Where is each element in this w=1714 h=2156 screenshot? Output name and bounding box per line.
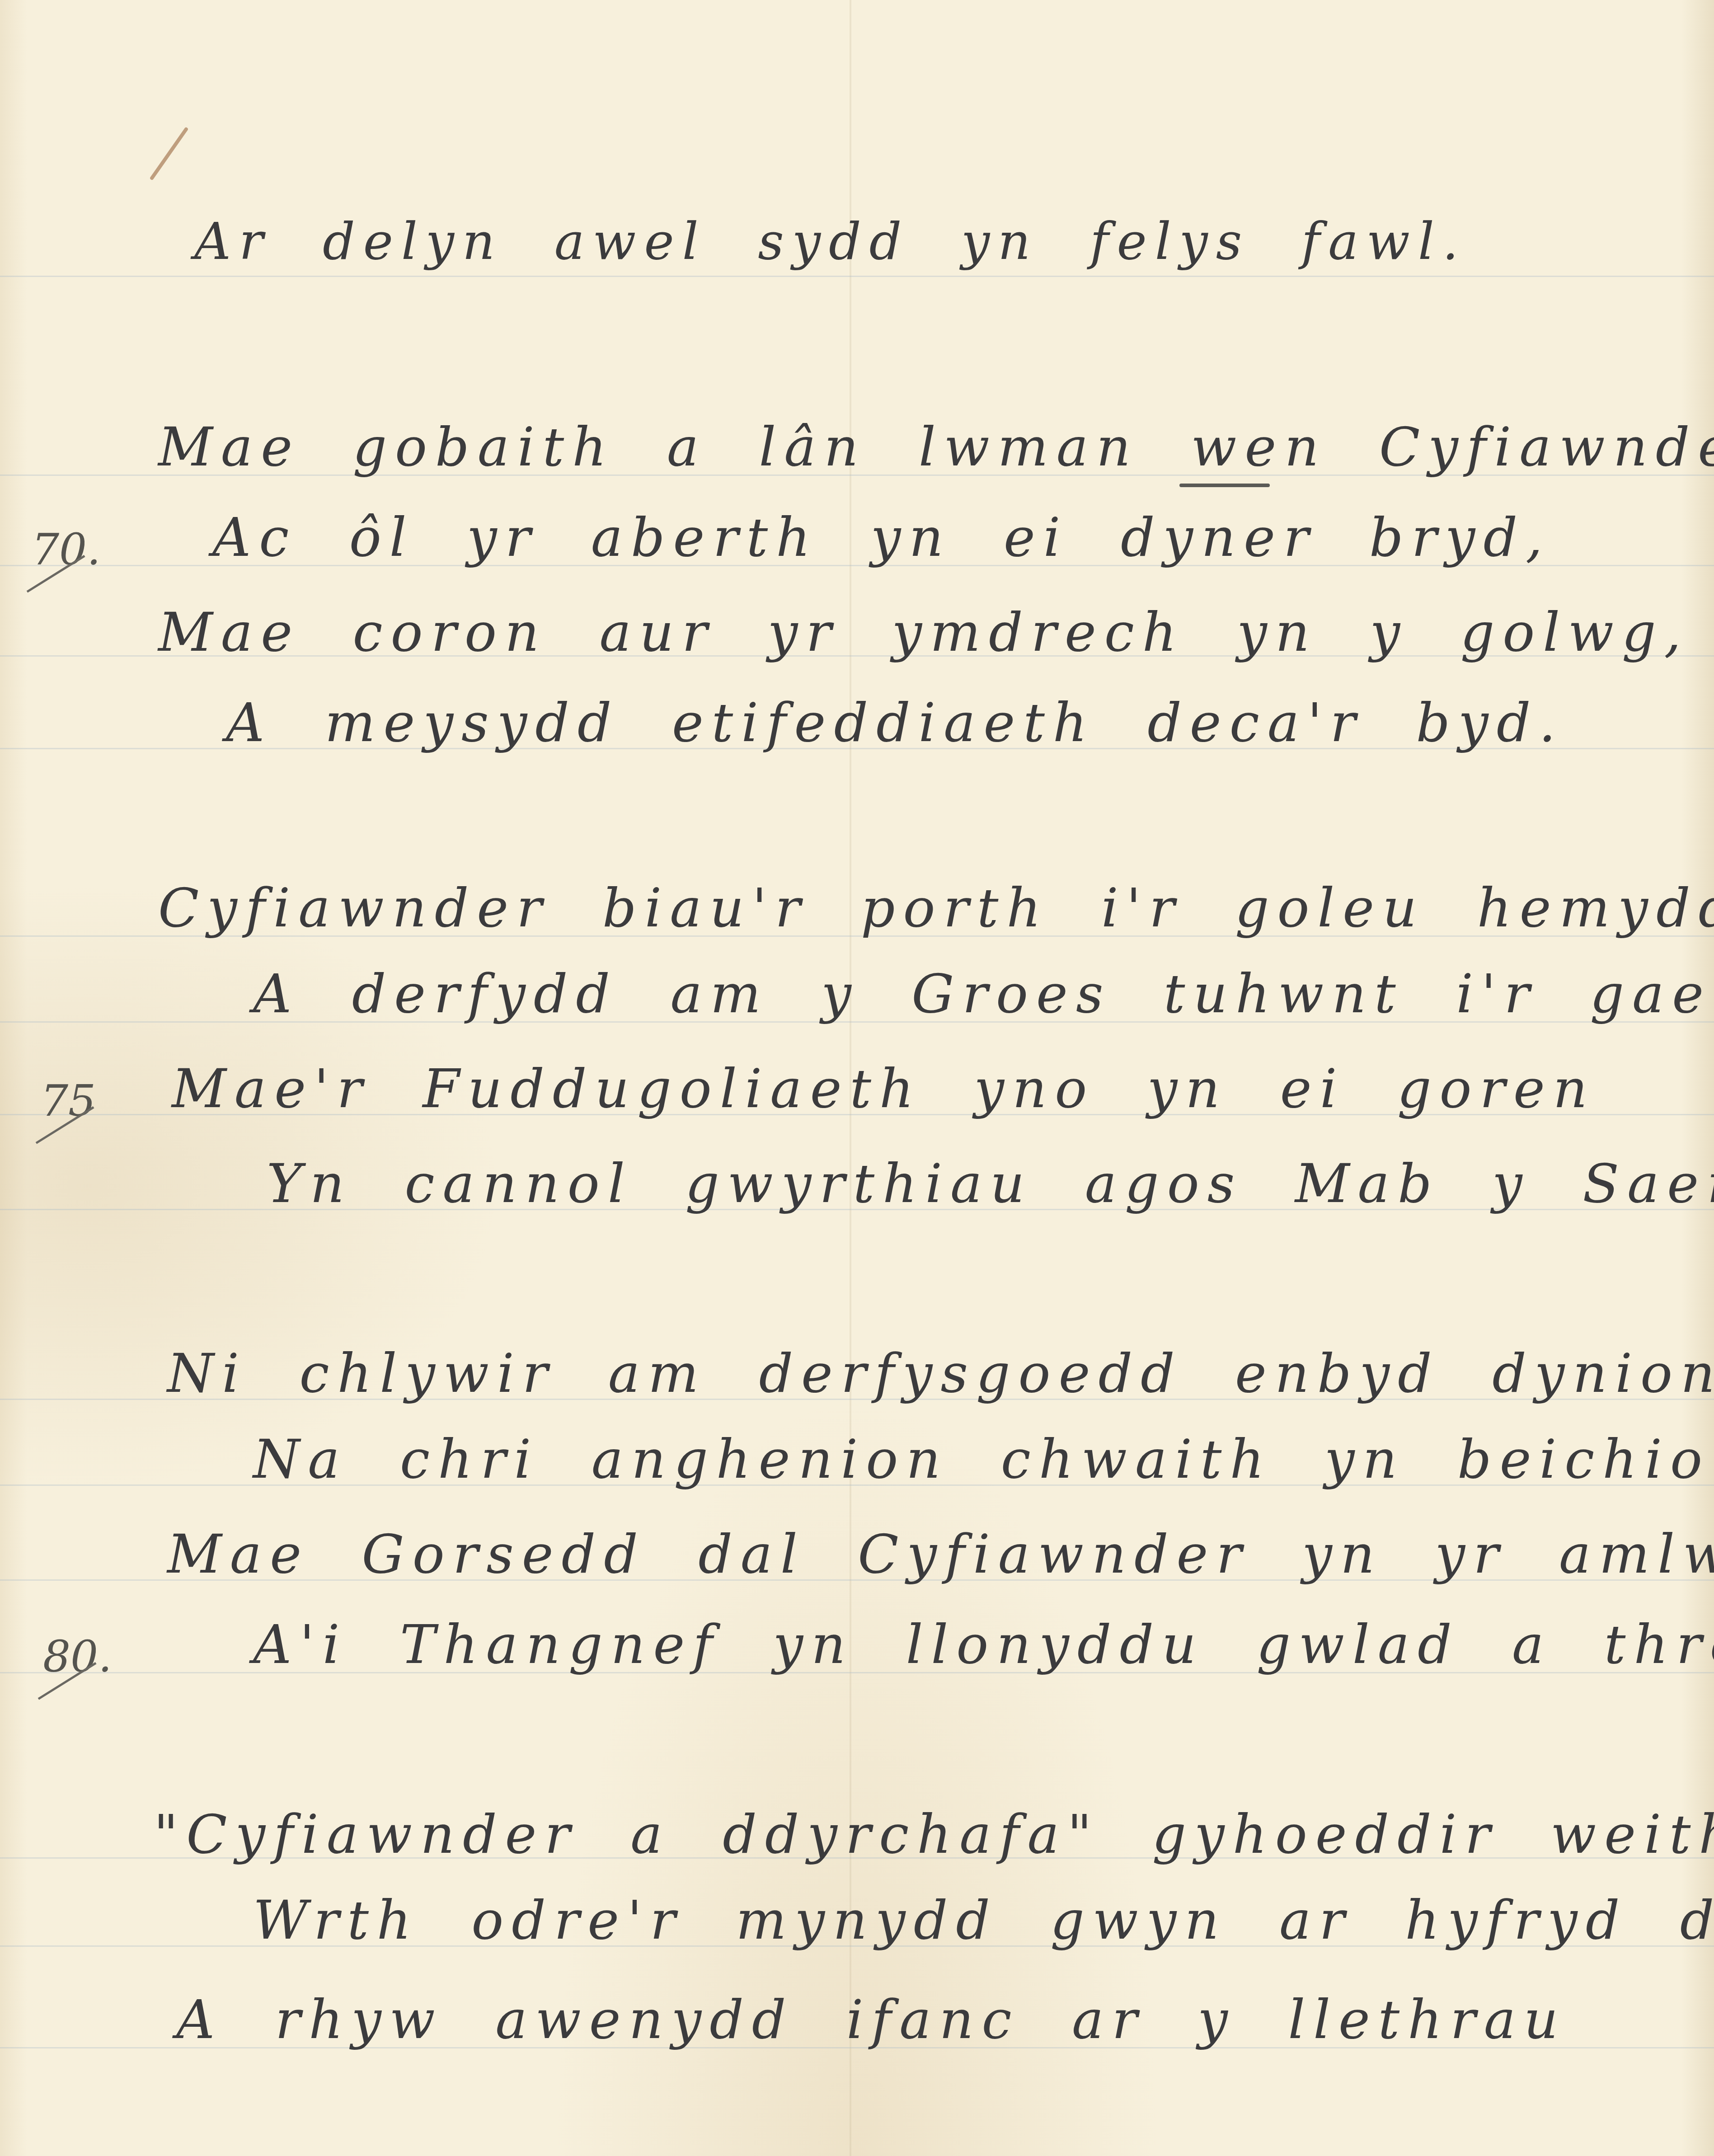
verse-line: Mae coron aur yr ymdrech yn y golwg,: [158, 601, 1689, 663]
line-number-75: 75: [41, 1076, 96, 1126]
verse-line: Na chri anghenion chwaith yn beichio'r n…: [253, 1428, 1714, 1490]
verse-line: Yn cannol gwyrthiau agos Mab y Saer.: [267, 1152, 1714, 1215]
verse-line: Mae'r Fuddugoliaeth yno yn ei goren: [172, 1057, 1596, 1120]
line-number-80: 80.: [43, 1631, 112, 1682]
verse-line: Mae Gorsedd dal Cyfiawnder yn yr amlwg: [167, 1523, 1714, 1585]
word-underline: [1179, 484, 1270, 487]
line-number-70: 70.: [32, 524, 101, 575]
verse-line: A rhyw awenydd ifanc ar y llethrau: [176, 1988, 1566, 2051]
verse-line: Ni chlywir am derfysgoedd enbyd dynion,: [167, 1342, 1714, 1404]
manuscript-page: Ar delyn awel sydd yn felys fawl. Mae go…: [0, 0, 1714, 2156]
ruled-line: [0, 276, 1714, 277]
title-line: Ar delyn awel sydd yn felys fawl.: [194, 212, 1466, 271]
verse-line: Ac ôl yr aberth yn ei dyner bryd,: [212, 506, 1551, 568]
verse-line: "Cyfiawnder a ddyrchafa" gyhoeddir weith…: [154, 1803, 1714, 1865]
verse-line: Mae gobaith a lân lwman wen Cyfiawnder,: [158, 416, 1714, 478]
verse-line: A'i Thangnef yn llonyddu gwlad a thref.: [253, 1613, 1714, 1676]
verse-line: Wrth odre'r mynydd gwyn ar hyfryd ddydd,: [253, 1889, 1714, 1951]
verse-line: A meysydd etifeddiaeth deca'r byd.: [226, 691, 1564, 754]
verse-line: Cyfiawnder biau'r porth i'r goleu hemydd…: [158, 877, 1714, 939]
verse-line: A derfydd am y Groes tuhwnt i'r gaer,: [253, 963, 1714, 1025]
pencil-mark: [150, 127, 189, 180]
